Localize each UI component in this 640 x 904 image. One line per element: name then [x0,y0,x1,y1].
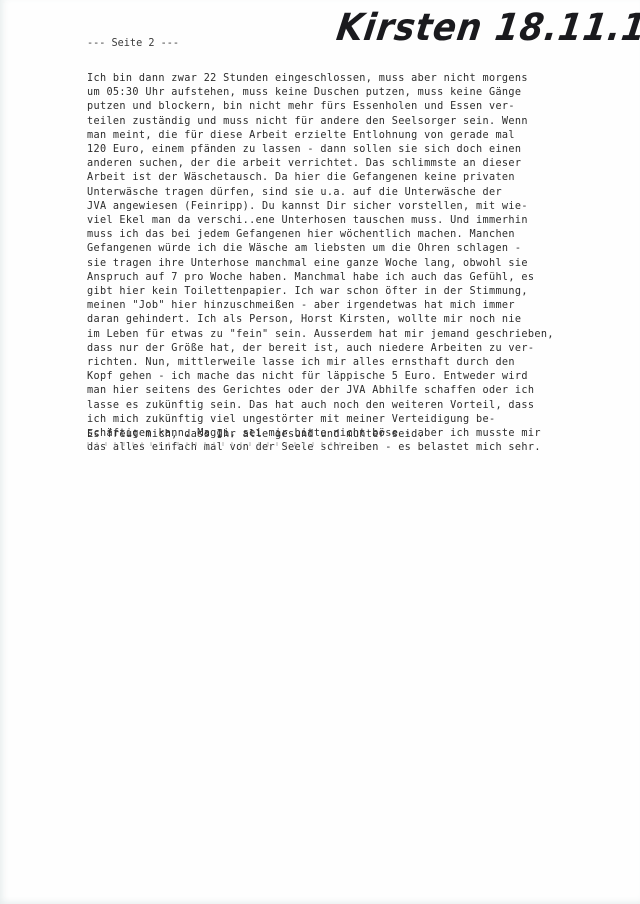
text-line: im Leben für etwas zu "fein" sein. Ausse… [87,328,627,342]
text-line: anderen suchen, der die arbeit verrichte… [87,157,627,171]
text-line: dass nur der Größe hat, der bereit ist, … [87,342,627,356]
text-line: Kopf gehen - ich mache das nicht für läp… [87,370,627,384]
text-line: teilen zuständig und muss nicht für ande… [87,115,627,129]
text-line: putzen und blockern, bin nicht mehr fürs… [87,100,627,114]
text-line: ich mich zukünftig viel ungestörter mit … [87,413,627,427]
letter-body: Ich bin dann zwar 22 Stunden eingeschlos… [87,72,627,455]
text-line: lasse es zukünftig sein. Das hat auch no… [87,399,627,413]
text-line: viel Ekel man da verschi..ene Unterhosen… [87,214,627,228]
text-line: um 05:30 Uhr aufstehen, muss keine Dusch… [87,86,627,100]
text-line: Arbeit ist der Wäschetausch. Da hier die… [87,171,627,185]
text-line: sie tragen ihre Unterhose manchmal eine … [87,257,627,271]
text-line: gibt hier kein Toilettenpapier. Ich war … [87,285,627,299]
text-line: man hier seitens des Gerichtes oder der … [87,384,627,398]
text-line: Unterwäsche tragen dürfen, sind sie u.a.… [87,186,627,200]
closing-line: Es freut mich, dass Ihr alle gesund und … [87,428,424,442]
handwritten-annotation: Kirsten 18.11.11 [334,6,640,50]
text-line: man meint, die für diese Arbeit erzielte… [87,129,627,143]
text-line: 120 Euro, einem pfänden zu lassen - dann… [87,143,627,157]
page-marker: --- Seite 2 --- [87,38,179,49]
scanned-page: Kirsten 18.11.11 --- Seite 2 --- Ich bin… [0,0,640,904]
text-line: muss ich das bei jedem Gefangenen hier w… [87,228,627,242]
cut-off-text-line [87,442,347,446]
text-line: JVA angewiesen (Feinripp). Du kannst Dir… [87,200,627,214]
text-line: meinen "Job" hier hinzuschmeißen - aber … [87,299,627,313]
text-line: Anspruch auf 7 pro Woche haben. Manchmal… [87,271,627,285]
text-line: Gefangenen würde ich die Wäsche am liebs… [87,242,627,256]
text-line: daran gehindert. Ich als Person, Horst K… [87,313,627,327]
text-line: Ich bin dann zwar 22 Stunden eingeschlos… [87,72,627,86]
text-line: richten. Nun, mittlerweile lasse ich mir… [87,356,627,370]
